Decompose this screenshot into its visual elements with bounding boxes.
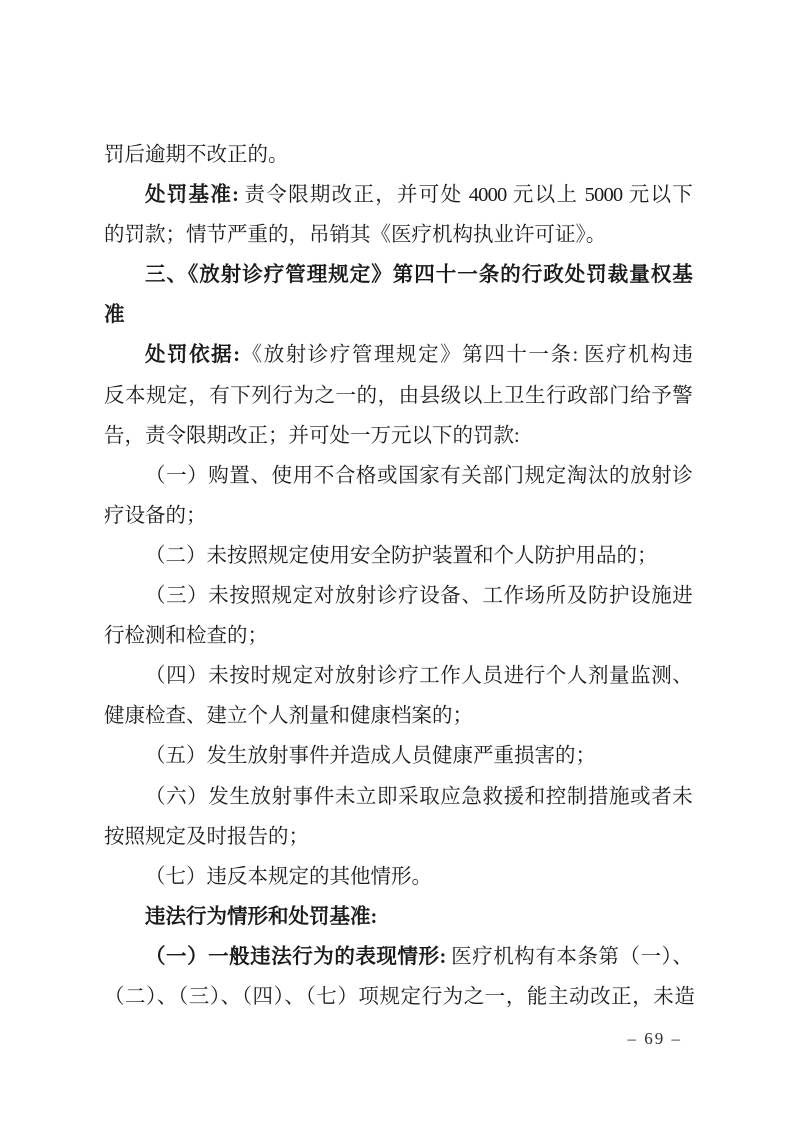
text-segment: （五）发生放射事件并造成人员健康严重损害的；	[145, 745, 596, 767]
text-line: 按照规定及时报告的；	[104, 817, 692, 857]
text-line: 告，责令限期改正；并可处一万元以下的罚款:	[104, 416, 692, 456]
text-segment: 健康检查、建立个人剂量和健康档案的；	[104, 705, 473, 727]
document-body: 罚后逾期不改正的。处罚基准: 责令限期改正，并可处 4000 元以上 5000 …	[104, 135, 692, 1017]
text-segment: 违法行为情形和处罚基准:	[145, 906, 377, 928]
text-segment: 行检测和检查的；	[104, 625, 268, 647]
text-segment: （六）发生放射事件未立即采取应急救援和控制措施或者未	[145, 786, 692, 808]
text-segment: 的罚款；情节严重的，吊销其《医疗机构执业许可证》。	[104, 224, 606, 246]
text-line: 行检测和检查的；	[104, 616, 692, 656]
text-line: （一）一般违法行为的表现情形: 医疗机构有本条第（一）、	[104, 937, 692, 977]
text-line: （三）未按照规定对放射诊疗设备、工作场所及防护设施进	[104, 576, 692, 616]
text-line: （六）发生放射事件未立即采取应急救援和控制措施或者未	[104, 777, 692, 817]
text-segment: 处罚基准:	[145, 184, 238, 206]
text-line: 违法行为情形和处罚基准:	[104, 897, 692, 937]
text-segment: 罚后逾期不改正的。	[104, 144, 289, 166]
text-line: 疗设备的；	[104, 496, 692, 536]
text-line: 处罚依据:《放射诊疗管理规定》第四十一条: 医疗机构违	[104, 335, 692, 375]
text-segment: 疗设备的；	[104, 505, 207, 527]
text-line: （二）未按照规定使用安全防护装置和个人防护用品的；	[104, 536, 692, 576]
text-segment: （四）未按时规定对放射诊疗工作人员进行个人剂量监测、	[145, 665, 692, 687]
text-segment: （七）违反本规定的其他情形。	[145, 866, 432, 888]
text-segment: 准	[104, 304, 125, 326]
text-line: 反本规定，有下列行为之一的，由县级以上卫生行政部门给予警	[104, 376, 692, 416]
text-segment: 《放射诊疗管理规定》第四十一条: 医疗机构违	[239, 344, 692, 366]
text-line: 健康检查、建立个人剂量和健康档案的；	[104, 696, 692, 736]
text-line: 的罚款；情节严重的，吊销其《医疗机构执业许可证》。	[104, 215, 692, 255]
text-segment: （一）一般违法行为的表现情形:	[145, 946, 446, 968]
text-segment: 反本规定，有下列行为之一的，由县级以上卫生行政部门给予警	[104, 385, 692, 407]
text-line: （五）发生放射事件并造成人员健康严重损害的；	[104, 736, 692, 776]
text-segment: 医疗机构有本条第（一）、	[446, 946, 692, 968]
text-line: （七）违反本规定的其他情形。	[104, 857, 692, 897]
page-number: – 69 –	[628, 1028, 683, 1050]
text-segment: 按照规定及时报告的；	[104, 826, 309, 848]
text-line: 准	[104, 295, 692, 335]
document-page: 罚后逾期不改正的。处罚基准: 责令限期改正，并可处 4000 元以上 5000 …	[0, 0, 794, 1122]
text-segment: （三）未按照规定对放射诊疗设备、工作场所及防护设施进	[145, 585, 692, 607]
text-segment: （一）购置、使用不合格或国家有关部门规定淘汰的放射诊	[145, 465, 692, 487]
text-segment: 告，责令限期改正；并可处一万元以下的罚款:	[104, 425, 520, 447]
text-line: （二）、（三）、（四）、（七）项规定行为之一，能主动改正，未造	[104, 977, 692, 1017]
text-segment: 处罚依据:	[145, 344, 239, 366]
text-segment: （二）、（三）、（四）、（七）项规定行为之一，能主动改正，未造	[104, 986, 692, 1008]
text-line: （一）购置、使用不合格或国家有关部门规定淘汰的放射诊	[104, 456, 692, 496]
text-line: 三、《放射诊疗管理规定》第四十一条的行政处罚裁量权基	[104, 255, 692, 295]
text-segment: 三、《放射诊疗管理规定》第四十一条的行政处罚裁量权基	[145, 264, 692, 286]
text-segment: 责令限期改正，并可处 4000 元以上 5000 元以下	[238, 184, 692, 206]
text-line: 罚后逾期不改正的。	[104, 135, 692, 175]
text-line: 处罚基准: 责令限期改正，并可处 4000 元以上 5000 元以下	[104, 175, 692, 215]
text-segment: （二）未按照规定使用安全防护装置和个人防护用品的；	[145, 545, 658, 567]
text-line: （四）未按时规定对放射诊疗工作人员进行个人剂量监测、	[104, 656, 692, 696]
